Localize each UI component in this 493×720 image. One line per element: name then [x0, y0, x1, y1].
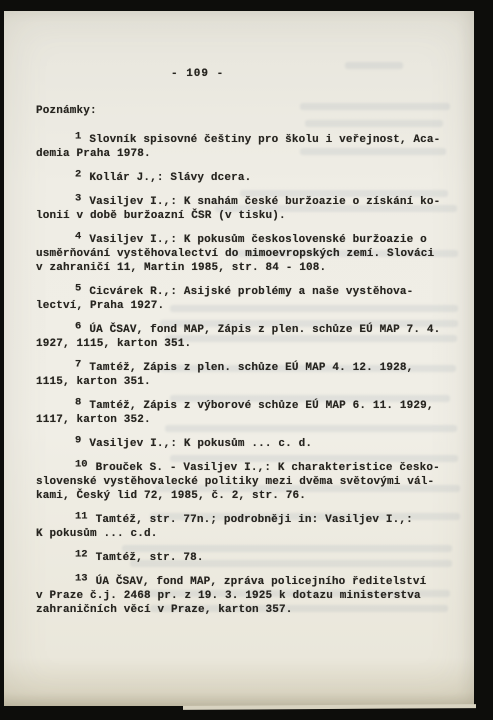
footnote-number: 10 — [75, 458, 88, 472]
note-line: 5Cicvárek R.,: Asijské problémy a naše v… — [36, 285, 448, 299]
bleed-through-line — [345, 62, 403, 69]
footnote-4: 4Vasiljev I.,: K pokusům československé … — [36, 233, 448, 275]
note-line: 4Vasiljev I.,: K pokusům československé … — [36, 233, 448, 247]
footnote-number: 6 — [75, 320, 81, 334]
notes-list: 1Slovník spisovné češtiny pro školu i ve… — [36, 133, 448, 617]
note-line: lectví, Praha 1927. — [36, 299, 448, 313]
footnote-12: 12Tamtéž, str. 78. — [36, 551, 448, 565]
footnote-13: 13ÚA ČSAV, fond MAP, zpráva policejního … — [36, 575, 448, 617]
note-line: K pokusům ... c.d. — [36, 527, 448, 541]
footnote-number: 1 — [75, 130, 81, 144]
footnote-number: 2 — [75, 168, 81, 182]
note-line: 1927, 1115, karton 351. — [36, 337, 448, 351]
footnote-number: 4 — [75, 230, 81, 244]
footnote-number: 3 — [75, 192, 81, 206]
note-line: 9Vasiljev I.,: K pokusům ... c. d. — [36, 437, 448, 451]
note-line: 1115, karton 351. — [36, 375, 448, 389]
footnote-3: 3Vasiljev I.,: K snahám české buržoazie … — [36, 195, 448, 223]
note-line: 10Brouček S. - Vasiljev I.,: K charakter… — [36, 461, 448, 475]
note-line: usměrňování vystěhovalectví do mimoevrop… — [36, 247, 448, 261]
page-number: - 109 - — [171, 67, 224, 81]
footnote-10: 10Brouček S. - Vasiljev I.,: K charakter… — [36, 461, 448, 503]
note-line: 1117, karton 352. — [36, 413, 448, 427]
note-line: demia Praha 1978. — [36, 147, 448, 161]
note-line: 6ÚA ČSAV, fond MAP, Zápis z plen. schůze… — [36, 323, 448, 337]
note-line: v Praze č.j. 2468 pr. z 19. 3. 1925 k do… — [36, 589, 448, 603]
footnote-8: 8Tamtéž, Zápis z výborové schůze EÚ MAP … — [36, 399, 448, 427]
footnote-11: 11Tamtéž, str. 77n.; podrobněji in: Vasi… — [36, 513, 448, 541]
footnote-number: 8 — [75, 396, 81, 410]
note-line: 12Tamtéž, str. 78. — [36, 551, 448, 565]
note-line: 2Kollár J.,: Slávy dcera. — [36, 171, 448, 185]
note-line: 1Slovník spisovné češtiny pro školu i ve… — [36, 133, 448, 147]
footnote-2: 2Kollár J.,: Slávy dcera. — [36, 171, 448, 185]
note-line: 3Vasiljev I.,: K snahám české buržoazie … — [36, 195, 448, 209]
footnote-number: 9 — [75, 434, 81, 448]
note-line: 11Tamtéž, str. 77n.; podrobněji in: Vasi… — [36, 513, 448, 527]
note-line: zahraničních věcí v Praze, karton 357. — [36, 603, 448, 617]
page-content: Poznámky: 1Slovník spisovné češtiny pro … — [36, 104, 448, 617]
footnote-number: 12 — [75, 548, 88, 562]
footnote-1: 1Slovník spisovné češtiny pro školu i ve… — [36, 133, 448, 161]
note-line: 13ÚA ČSAV, fond MAP, zpráva policejního … — [36, 575, 448, 589]
notes-heading: Poznámky: — [36, 104, 448, 118]
footnote-5: 5Cicvárek R.,: Asijské problémy a naše v… — [36, 285, 448, 313]
note-line: slovenské vystěhovalecké politiky mezi d… — [36, 475, 448, 489]
footnote-number: 11 — [75, 510, 88, 524]
note-line: lonií v době buržoazní ČSR (v tisku). — [36, 209, 448, 223]
document-page: - 109 - Poznámky: 1Slovník spisovné češt… — [4, 11, 474, 706]
note-line: 8Tamtéž, Zápis z výborové schůze EÚ MAP … — [36, 399, 448, 413]
note-line: v zahraničí 11, Martin 1985, str. 84 - 1… — [36, 261, 448, 275]
footnote-number: 13 — [75, 572, 88, 586]
footnote-7: 7Tamtéž, Zápis z plen. schůze EÚ MAP 4. … — [36, 361, 448, 389]
footnote-9: 9Vasiljev I.,: K pokusům ... c. d. — [36, 437, 448, 451]
footnote-number: 7 — [75, 358, 81, 372]
note-line: 7Tamtéž, Zápis z plen. schůze EÚ MAP 4. … — [36, 361, 448, 375]
footnote-6: 6ÚA ČSAV, fond MAP, Zápis z plen. schůze… — [36, 323, 448, 351]
note-line: kami, Český lid 72, 1985, č. 2, str. 76. — [36, 489, 448, 503]
footnote-number: 5 — [75, 282, 81, 296]
